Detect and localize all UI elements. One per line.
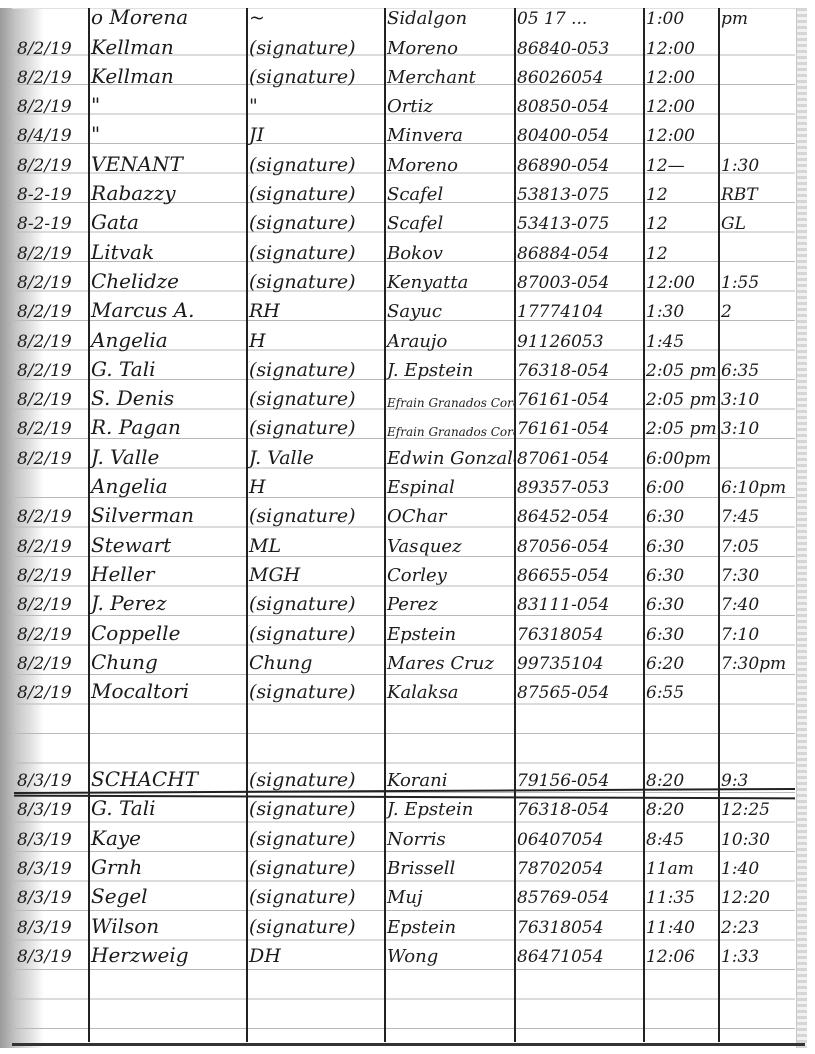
visitor-signature: (signature) [246, 381, 384, 410]
visitor-name: Chelidze [88, 264, 246, 293]
visitor-name: Mocaltori [88, 674, 246, 703]
log-entry-row: 8/2/19Kellman(signature)Merchant86026054… [14, 59, 795, 88]
log-date: 8/2/19 [14, 557, 88, 586]
inmate-name: Minvera [384, 117, 514, 146]
visitor-signature: (signature) [246, 850, 384, 879]
register-number: 99735104 [514, 645, 643, 674]
visitor-name: Stewart [88, 527, 246, 556]
register-number: 78702054 [514, 850, 643, 879]
time-out [718, 234, 795, 263]
inmate-name: Araujo [384, 322, 514, 351]
inmate-name: Merchant [384, 59, 514, 88]
log-date: 8/3/19 [14, 908, 88, 937]
visitor-signature: (signature) [246, 264, 384, 293]
time-out [718, 117, 795, 146]
inmate-name: Norris [384, 820, 514, 849]
log-date: 8/2/19 [14, 88, 88, 117]
log-entry-row: AngeliaHEspinal89357-0536:006:10pm [14, 469, 795, 498]
register-number: 76318-054 [514, 791, 643, 820]
time-out: 12:25 [718, 791, 795, 820]
log-entry-row: 8/2/19StewartMLVasquez87056-0546:307:05 [14, 527, 795, 556]
time-in: 12 [643, 176, 718, 205]
log-date: 8/2/19 [14, 527, 88, 556]
visitor-name: Kaye [88, 820, 246, 849]
time-out [718, 88, 795, 117]
time-in: 6:55 [643, 674, 718, 703]
visitor-signature: (signature) [246, 586, 384, 615]
scanned-log-page: o Morena~Sidalgon05 17 ...1:00pm8/2/19Ke… [0, 0, 815, 1054]
visitor-signature: (signature) [246, 205, 384, 234]
time-out: 7:10 [718, 615, 795, 644]
inmate-name: Efrain Granados Corona [384, 410, 514, 439]
visitor-signature: ~ [246, 0, 384, 29]
log-entry-row: 8/4/19"JIMinvera80400-05412:00 [14, 117, 795, 146]
register-number: 76318-054 [514, 352, 643, 381]
inmate-name: Scafel [384, 205, 514, 234]
visitor-name: G. Tali [88, 791, 246, 820]
visitor-name: Coppelle [88, 615, 246, 644]
time-out: pm [718, 0, 795, 29]
visitor-name: R. Pagan [88, 410, 246, 439]
register-number: 76318054 [514, 908, 643, 937]
visitor-name: Gata [88, 205, 246, 234]
log-entry-row: 8/2/19VENANT(signature)Moreno86890-05412… [14, 146, 795, 175]
time-in: 12 [643, 205, 718, 234]
inmate-name: Sidalgon [384, 0, 514, 29]
register-number: 80400-054 [514, 117, 643, 146]
register-number: 91126053 [514, 322, 643, 351]
log-entry-row: 8/2/19Litvak(signature)Bokov86884-05412 [14, 234, 795, 263]
inmate-name: Epstein [384, 615, 514, 644]
register-number: 76161-054 [514, 410, 643, 439]
log-date: 8/2/19 [14, 322, 88, 351]
register-number: 86890-054 [514, 146, 643, 175]
register-number: 87565-054 [514, 674, 643, 703]
blank-cell [246, 703, 384, 732]
log-date: 8/4/19 [14, 117, 88, 146]
register-number: 76161-054 [514, 381, 643, 410]
log-date: 8-2-19 [14, 205, 88, 234]
inmate-name: Espinal [384, 469, 514, 498]
page-right-edge [796, 8, 807, 1048]
register-number: 79156-054 [514, 762, 643, 791]
visitor-signature: ML [246, 527, 384, 556]
visitor-name: G. Tali [88, 352, 246, 381]
visitor-name: SCHACHT [88, 762, 246, 791]
register-number: 53413-075 [514, 205, 643, 234]
time-out: 9:3 [718, 762, 795, 791]
log-entry-row: 8/3/19HerzweigDHWong8647105412:061:33 [14, 938, 795, 967]
time-out: 1:33 [718, 938, 795, 967]
visitor-signature: MGH [246, 557, 384, 586]
blank-cell [718, 732, 795, 761]
visitor-signature: (signature) [246, 176, 384, 205]
log-date [14, 469, 88, 498]
visitor-signature: (signature) [246, 674, 384, 703]
visitor-signature: Chung [246, 645, 384, 674]
log-date: 8/2/19 [14, 645, 88, 674]
visitor-signature: H [246, 322, 384, 351]
visitor-name: Angelia [88, 469, 246, 498]
visitor-name: Kellman [88, 29, 246, 58]
inmate-name: Epstein [384, 908, 514, 937]
inmate-name: Moreno [384, 29, 514, 58]
time-in: 12:06 [643, 938, 718, 967]
register-number: 53813-075 [514, 176, 643, 205]
visitor-name: Silverman [88, 498, 246, 527]
visitor-name: Heller [88, 557, 246, 586]
blank-cell [514, 703, 643, 732]
log-entry-row: o Morena~Sidalgon05 17 ...1:00pm [14, 0, 795, 29]
inmate-name: Korani [384, 762, 514, 791]
log-date: 8/2/19 [14, 264, 88, 293]
register-number: 86471054 [514, 938, 643, 967]
time-out: 7:30pm [718, 645, 795, 674]
inmate-name: Vasquez [384, 527, 514, 556]
blank-cell [643, 703, 718, 732]
register-number: 83111-054 [514, 586, 643, 615]
inmate-name: Muj [384, 879, 514, 908]
log-entry-row: 8/2/19S. Denis(signature)Efrain Granados… [14, 381, 795, 410]
time-in: 8:45 [643, 820, 718, 849]
inmate-name: Ortiz [384, 88, 514, 117]
register-number: 86452-054 [514, 498, 643, 527]
blank-cell [14, 732, 88, 761]
inmate-name: Edwin Gonzalez [384, 439, 514, 468]
visitor-name: Rabazzy [88, 176, 246, 205]
blank-cell [643, 732, 718, 761]
visitor-signature: (signature) [246, 908, 384, 937]
log-entry-row: 8/3/19Segel(signature)Muj85769-05411:351… [14, 879, 795, 908]
time-in: 12:00 [643, 59, 718, 88]
time-out [718, 674, 795, 703]
log-date: 8/2/19 [14, 293, 88, 322]
time-out: 7:45 [718, 498, 795, 527]
visitor-signature: RH [246, 293, 384, 322]
time-in: 6:30 [643, 498, 718, 527]
register-number: 87061-054 [514, 439, 643, 468]
log-date: 8/3/19 [14, 850, 88, 879]
log-date: 8/3/19 [14, 879, 88, 908]
inmate-name: Kalaksa [384, 674, 514, 703]
blank-row [14, 703, 795, 732]
log-entry-row: 8/2/19Coppelle(signature)Epstein76318054… [14, 615, 795, 644]
inmate-name: J. Epstein [384, 352, 514, 381]
blank-cell [14, 703, 88, 732]
time-in: 6:30 [643, 615, 718, 644]
time-out: 10:30 [718, 820, 795, 849]
time-out: 7:30 [718, 557, 795, 586]
visitor-log-table: o Morena~Sidalgon05 17 ...1:00pm8/2/19Ke… [14, 0, 795, 967]
page-bottom-edge [12, 1043, 805, 1046]
log-entry-row: 8/2/19G. Tali(signature)J. Epstein76318-… [14, 352, 795, 381]
inmate-name: Wong [384, 938, 514, 967]
log-entry-row: 8/2/19Chelidze(signature)Kenyatta87003-0… [14, 264, 795, 293]
visitor-signature: J. Valle [246, 439, 384, 468]
time-out [718, 322, 795, 351]
blank-row [14, 732, 795, 761]
visitor-name: Kellman [88, 59, 246, 88]
time-out: 6:10pm [718, 469, 795, 498]
register-number: 17774104 [514, 293, 643, 322]
time-in: 11:40 [643, 908, 718, 937]
time-in: 2:05 pm [643, 352, 718, 381]
log-entry-row: 8/2/19Silverman(signature)OChar86452-054… [14, 498, 795, 527]
time-out [718, 439, 795, 468]
visitor-name: S. Denis [88, 381, 246, 410]
log-entry-row: 8/3/19SCHACHT(signature)Korani79156-0548… [14, 762, 795, 791]
time-in: 6:30 [643, 586, 718, 615]
visitor-signature: (signature) [246, 762, 384, 791]
visitor-name: Segel [88, 879, 246, 908]
time-out: 6:35 [718, 352, 795, 381]
time-in: 1:30 [643, 293, 718, 322]
log-entry-row: 8/2/19""Ortiz80850-05412:00 [14, 88, 795, 117]
visitor-name: " [88, 117, 246, 146]
time-in: 6:00pm [643, 439, 718, 468]
log-date: 8/3/19 [14, 762, 88, 791]
register-number: 87056-054 [514, 527, 643, 556]
visitor-signature: H [246, 469, 384, 498]
log-date: 8/2/19 [14, 381, 88, 410]
visitor-name: o Morena [88, 0, 246, 29]
log-date: 8/3/19 [14, 791, 88, 820]
visitor-signature: (signature) [246, 146, 384, 175]
time-out: 3:10 [718, 410, 795, 439]
time-out: 7:05 [718, 527, 795, 556]
time-in: 1:00 [643, 0, 718, 29]
visitor-signature: (signature) [246, 791, 384, 820]
visitor-signature: (signature) [246, 820, 384, 849]
time-in: 11am [643, 850, 718, 879]
log-entry-row: 8/3/19Grnh(signature)Brissell7870205411a… [14, 850, 795, 879]
blank-cell [88, 703, 246, 732]
time-out: 2 [718, 293, 795, 322]
register-number: 80850-054 [514, 88, 643, 117]
log-entry-row: 8/3/19Kaye(signature)Norris064070548:451… [14, 820, 795, 849]
visitor-signature: (signature) [246, 410, 384, 439]
time-out: 2:23 [718, 908, 795, 937]
inmate-name: Corley [384, 557, 514, 586]
visitor-signature: (signature) [246, 234, 384, 263]
register-number: 05 17 ... [514, 0, 643, 29]
visitor-name: Litvak [88, 234, 246, 263]
time-out: 1:40 [718, 850, 795, 879]
visitor-signature: (signature) [246, 498, 384, 527]
inmate-name: Scafel [384, 176, 514, 205]
log-entry-row: 8/2/19R. Pagan(signature)Efrain Granados… [14, 410, 795, 439]
inmate-name: J. Epstein [384, 791, 514, 820]
log-date: 8/2/19 [14, 439, 88, 468]
log-entry-row: 8/2/19Kellman(signature)Moreno86840-0531… [14, 29, 795, 58]
inmate-name: Mares Cruz [384, 645, 514, 674]
visitor-name: Chung [88, 645, 246, 674]
inmate-name: Bokov [384, 234, 514, 263]
register-number: 86655-054 [514, 557, 643, 586]
visitor-name: Wilson [88, 908, 246, 937]
log-date: 8/2/19 [14, 674, 88, 703]
time-in: 11:35 [643, 879, 718, 908]
time-in: 8:20 [643, 762, 718, 791]
time-out [718, 29, 795, 58]
register-number: 85769-054 [514, 879, 643, 908]
log-date: 8/3/19 [14, 938, 88, 967]
log-date: 8-2-19 [14, 176, 88, 205]
log-date: 8/2/19 [14, 234, 88, 263]
time-in: 12 [643, 234, 718, 263]
inmate-name: Moreno [384, 146, 514, 175]
log-date: 8/2/19 [14, 352, 88, 381]
log-entry-row: 8/2/19Marcus A.RHSayuc177741041:302 [14, 293, 795, 322]
visitor-signature: " [246, 88, 384, 117]
blank-cell [514, 732, 643, 761]
inmate-name: OChar [384, 498, 514, 527]
log-entry-row: 8/2/19HellerMGHCorley86655-0546:307:30 [14, 557, 795, 586]
visitor-signature: JI [246, 117, 384, 146]
blank-cell [384, 703, 514, 732]
log-entry-row: 8/2/19J. ValleJ. ValleEdwin Gonzalez8706… [14, 439, 795, 468]
time-in: 12:00 [643, 264, 718, 293]
log-date: 8/3/19 [14, 820, 88, 849]
visitor-name: J. Perez [88, 586, 246, 615]
time-out: 3:10 [718, 381, 795, 410]
time-in: 6:00 [643, 469, 718, 498]
time-in: 6:30 [643, 527, 718, 556]
time-out: 7:40 [718, 586, 795, 615]
log-date: 8/2/19 [14, 410, 88, 439]
register-number: 86840-053 [514, 29, 643, 58]
log-date: 8/2/19 [14, 615, 88, 644]
time-in: 12:00 [643, 29, 718, 58]
time-in: 1:45 [643, 322, 718, 351]
inmate-name: Efrain Granados Corona [384, 381, 514, 410]
log-date: 8/2/19 [14, 29, 88, 58]
time-out [718, 59, 795, 88]
time-out: RBT [718, 176, 795, 205]
time-out: GL [718, 205, 795, 234]
visitor-name: Grnh [88, 850, 246, 879]
register-number: 87003-054 [514, 264, 643, 293]
time-in: 12:00 [643, 88, 718, 117]
log-entry-row: 8/3/19G. Tali(signature)J. Epstein76318-… [14, 791, 795, 820]
visitor-name: Angelia [88, 322, 246, 351]
time-in: 2:05 pm [643, 410, 718, 439]
log-entry-row: 8-2-19Rabazzy(signature)Scafel53813-0751… [14, 176, 795, 205]
log-entry-row: 8/2/19ChungChungMares Cruz997351046:207:… [14, 645, 795, 674]
log-entry-row: 8-2-19Gata(signature)Scafel53413-07512GL [14, 205, 795, 234]
inmate-name: Perez [384, 586, 514, 615]
blank-cell [384, 732, 514, 761]
visitor-name: " [88, 88, 246, 117]
log-entry-row: 8/3/19Wilson(signature)Epstein7631805411… [14, 908, 795, 937]
register-number: 89357-053 [514, 469, 643, 498]
time-in: 6:20 [643, 645, 718, 674]
visitor-name: Marcus A. [88, 293, 246, 322]
time-out: 1:55 [718, 264, 795, 293]
time-in: 6:30 [643, 557, 718, 586]
blank-cell [718, 703, 795, 732]
inmate-name: Brissell [384, 850, 514, 879]
visitor-signature: (signature) [246, 352, 384, 381]
log-body: o Morena~Sidalgon05 17 ...1:00pm8/2/19Ke… [14, 0, 795, 967]
visitor-signature: DH [246, 938, 384, 967]
register-number: 86026054 [514, 59, 643, 88]
time-out: 12:20 [718, 879, 795, 908]
blank-cell [88, 732, 246, 761]
time-in: 8:20 [643, 791, 718, 820]
log-date: 8/2/19 [14, 586, 88, 615]
log-date: 8/2/19 [14, 59, 88, 88]
visitor-signature: (signature) [246, 59, 384, 88]
visitor-signature: (signature) [246, 879, 384, 908]
log-entry-row: 8/2/19AngeliaHAraujo911260531:45 [14, 322, 795, 351]
visitor-signature: (signature) [246, 29, 384, 58]
time-out: 1:30 [718, 146, 795, 175]
visitor-signature: (signature) [246, 615, 384, 644]
visitor-name: VENANT [88, 146, 246, 175]
blank-cell [246, 732, 384, 761]
time-in: 12:00 [643, 117, 718, 146]
time-in: 2:05 pm [643, 381, 718, 410]
visitor-name: J. Valle [88, 439, 246, 468]
log-date [14, 0, 88, 29]
register-number: 86884-054 [514, 234, 643, 263]
log-date: 8/2/19 [14, 146, 88, 175]
log-date: 8/2/19 [14, 498, 88, 527]
log-entry-row: 8/2/19Mocaltori(signature)Kalaksa87565-0… [14, 674, 795, 703]
log-entry-row: 8/2/19J. Perez(signature)Perez83111-0546… [14, 586, 795, 615]
visitor-name: Herzweig [88, 938, 246, 967]
time-in: 12— [643, 146, 718, 175]
register-number: 06407054 [514, 820, 643, 849]
register-number: 76318054 [514, 615, 643, 644]
inmate-name: Kenyatta [384, 264, 514, 293]
inmate-name: Sayuc [384, 293, 514, 322]
